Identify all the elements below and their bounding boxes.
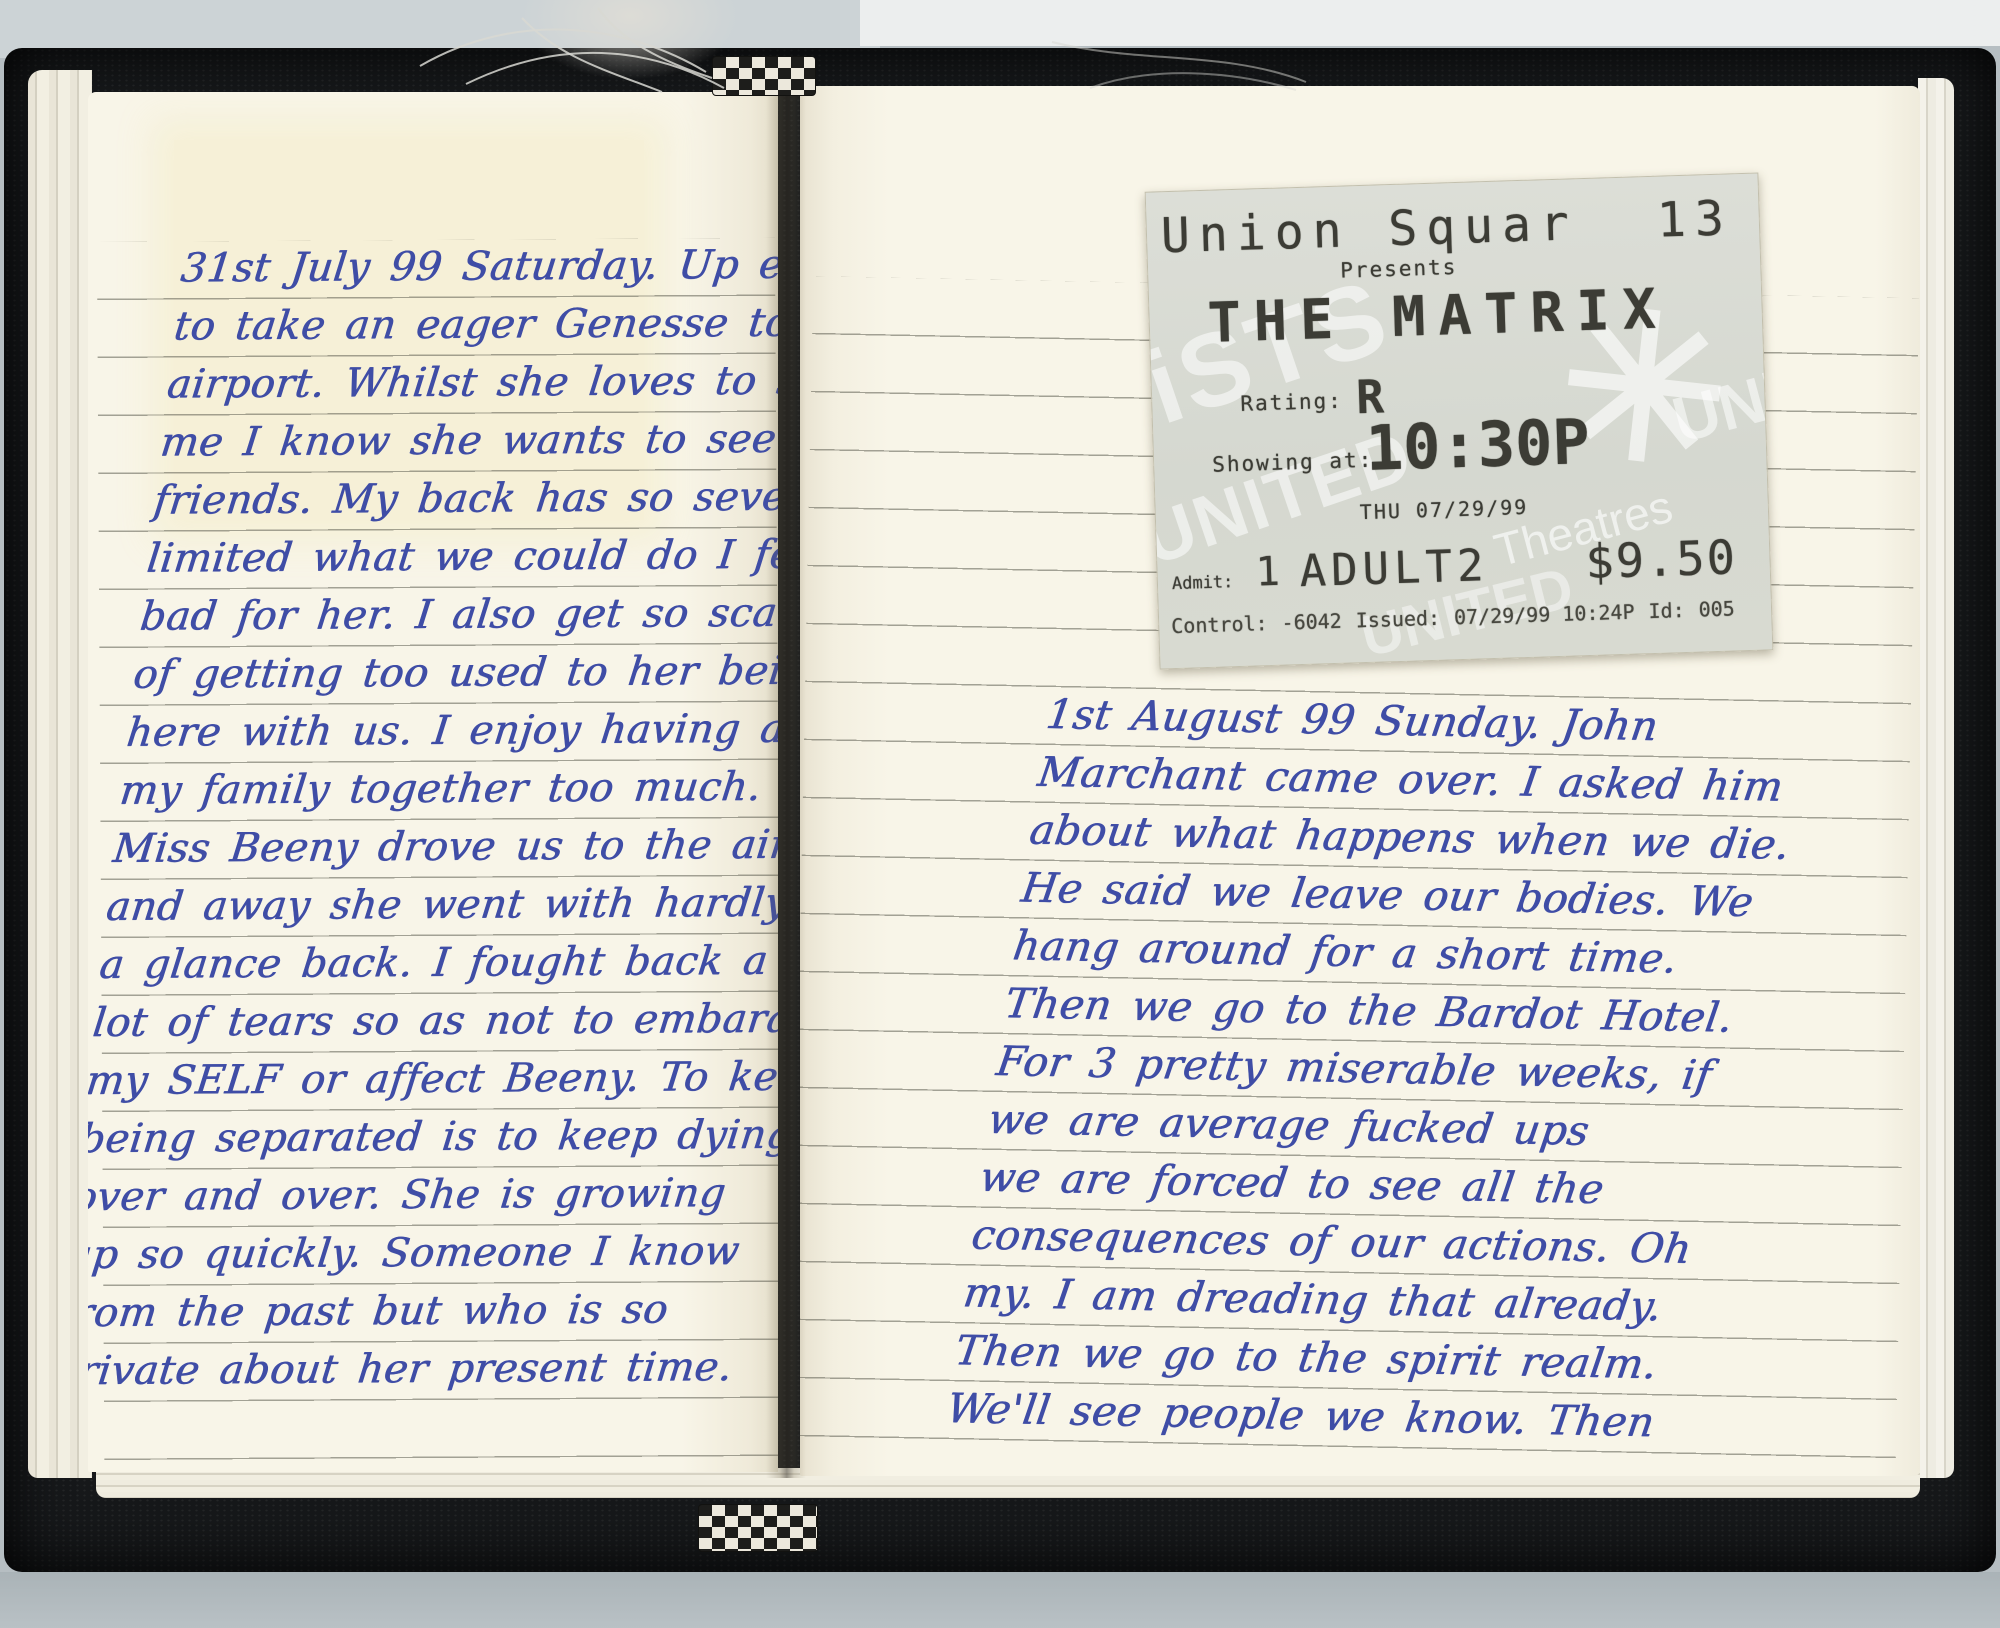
ticket-issued-label: Issued: <box>1355 606 1440 633</box>
left-page-handwriting: 31st July 99 Saturday. Up early to take … <box>88 237 778 1402</box>
handwriting-line: private about her present time. <box>88 1340 716 1402</box>
ticket-rating-label: Rating: <box>1240 389 1343 416</box>
ticket-admit-label: Admit: <box>1172 572 1234 594</box>
ticket-issued-datetime: 07/29/99 10:24P <box>1454 600 1635 630</box>
scanner-background-top-right <box>860 0 2000 46</box>
ticket-id-number: 005 <box>1698 596 1735 621</box>
handwriting-line: a glance back. I fought back a <box>96 934 763 996</box>
spine-endband-bottom <box>698 1504 818 1552</box>
handwriting-line: my family together too much. <box>116 760 778 822</box>
ticket-control-label: Control: <box>1171 611 1268 638</box>
handwriting-line: lot of tears so as not to embarass <box>89 992 756 1054</box>
page-edges-left <box>28 70 92 1478</box>
handwriting-line: bad for her. I also get so scared <box>137 586 778 648</box>
movie-ticket-stub: iSTS UNITED ✳ Theatres UNi UNITED Union … <box>1145 172 1774 669</box>
dust-fuzz <box>520 0 740 80</box>
handwriting-line: being separated is to keep dying <box>88 1108 743 1170</box>
watermark-text: UNi <box>1665 358 1773 458</box>
handwriting-line: airport. Whilst she loves to see <box>164 354 778 416</box>
handwriting-line: to take an eager Genesse to the <box>171 296 778 358</box>
page-edges-right <box>1918 78 1954 1478</box>
handwriting-line: and away she went with hardly <box>103 876 770 938</box>
ticket-movie-title: THE MATRIX <box>1207 276 1670 354</box>
ticket-show-date: THU 07/29/99 <box>1359 495 1528 524</box>
ticket-venue: Union Squar <box>1160 195 1578 264</box>
handwriting-line: my SELF or affect Beeny. To keep <box>88 1050 749 1112</box>
handwriting-line: from the past but who is so <box>88 1282 722 1344</box>
ticket-control-number: -6042 <box>1281 609 1342 635</box>
handwriting-line: up so quickly. Someone I know <box>88 1224 729 1286</box>
diary-left-page: 31st July 99 Saturday. Up early to take … <box>88 92 778 1472</box>
ticket-presents: Presents <box>1340 255 1458 283</box>
right-page-handwriting: 1st August 99 Sunday. John Marchant came… <box>943 687 1861 1455</box>
handwriting-line: of getting too used to her being <box>130 644 778 706</box>
ticket-showtime: 10:30P <box>1365 405 1591 485</box>
ticket-price: $9.50 <box>1585 530 1738 590</box>
handwriting-line: here with us. I enjoy having all <box>123 702 778 764</box>
ticket-type: ADULT2 <box>1299 540 1489 597</box>
handwriting-line: 31st July 99 Saturday. Up early <box>177 237 778 299</box>
scanned-diary-spread: 31st July 99 Saturday. Up early to take … <box>0 0 2000 1628</box>
handwriting-line: limited what we could do I feel <box>144 528 778 590</box>
ticket-control-row: Control: -6042 Issued: 07/29/99 10:24P I… <box>1171 596 1735 638</box>
handwriting-line: over and over. She is growing <box>88 1166 736 1228</box>
left-page-content: 31st July 99 Saturday. Up early to take … <box>88 92 778 1472</box>
handwriting-line: friends. My back has so severely <box>150 470 778 532</box>
ticket-venue-row: Union Squar 13 <box>1146 189 1759 264</box>
handwriting-line: me I know she wants to see her <box>157 412 778 474</box>
ticket-screen-number: 13 <box>1656 190 1734 248</box>
ticket-admit-count: 1 <box>1255 549 1281 596</box>
ticket-id-label: Id: <box>1648 598 1685 623</box>
ticket-showing-label: Showing at: <box>1212 448 1374 477</box>
page-gutter-shadow <box>766 88 806 1478</box>
handwriting-line: Miss Beeny drove us to the airport <box>110 818 777 880</box>
scanner-background-bottom <box>0 1572 2000 1628</box>
